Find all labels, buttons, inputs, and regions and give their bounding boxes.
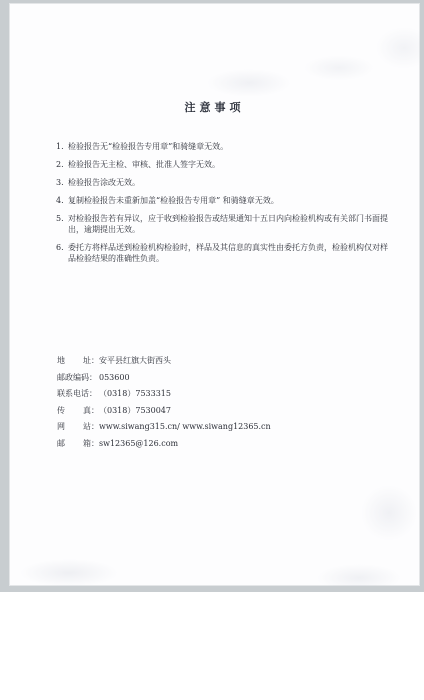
email-value: sw12365@126.com xyxy=(99,438,178,449)
note-number: 4. xyxy=(56,195,68,206)
website-value: www.siwang315.cn/ www.siwang12365.cn xyxy=(99,421,271,432)
note-item: 3. 检验报告涂改无效。 xyxy=(56,177,391,188)
label-char: 邮 xyxy=(57,438,65,449)
contact-postcode: 邮政编码： 053600 xyxy=(57,372,271,383)
paper-texture xyxy=(9,3,420,586)
address-value: 安平县红旗大街西头 xyxy=(99,355,171,366)
contact-website: 网 站： www.siwang315.cn/ www.siwang12365.c… xyxy=(57,421,271,432)
contact-label: 传 真： xyxy=(57,405,99,416)
contact-info: 地 址： 安平县红旗大街西头 邮政编码： 053600 联系电话： （0318）… xyxy=(57,355,271,454)
contact-label: 联系电话： xyxy=(57,388,99,399)
postcode-value: 053600 xyxy=(99,372,130,383)
note-text: 复制检验报告未重新加盖“检验报告专用章” 和骑缝章无效。 xyxy=(68,195,391,206)
contact-label: 地 址： xyxy=(57,355,99,366)
note-text: 对检验报告若有异议，应于收到检验报告或结果通知十五日内向检验机构或有关部门书面提… xyxy=(68,213,391,235)
note-number: 5. xyxy=(56,213,68,235)
fax-value: （0318）7530047 xyxy=(99,405,171,416)
scan-frame: 注意事项 1. 检验报告无“检验报告专用章”和骑缝章无效。 2. 检验报告无主检… xyxy=(0,0,424,592)
label-char: 箱： xyxy=(83,438,99,449)
label-char: 地 xyxy=(57,355,65,366)
note-item: 2. 检验报告无主检、审核、批准人签字无效。 xyxy=(56,159,391,170)
document-title: 注意事项 xyxy=(9,99,420,115)
label-char: 网 xyxy=(57,421,65,432)
note-text: 检验报告涂改无效。 xyxy=(68,177,391,188)
label-char: 真： xyxy=(83,405,99,416)
note-text: 检验报告无“检验报告专用章”和骑缝章无效。 xyxy=(68,141,391,152)
note-number: 6. xyxy=(56,242,68,264)
label-char: 址： xyxy=(83,355,99,366)
note-number: 3. xyxy=(56,177,68,188)
phone-value: （0318）7533315 xyxy=(99,388,171,399)
document-page: 注意事项 1. 检验报告无“检验报告专用章”和骑缝章无效。 2. 检验报告无主检… xyxy=(9,3,420,586)
note-number: 1. xyxy=(56,141,68,152)
note-item: 1. 检验报告无“检验报告专用章”和骑缝章无效。 xyxy=(56,141,391,152)
label-char: 站： xyxy=(83,421,99,432)
note-item: 5. 对检验报告若有异议，应于收到检验报告或结果通知十五日内向检验机构或有关部门… xyxy=(56,213,391,235)
contact-address: 地 址： 安平县红旗大街西头 xyxy=(57,355,271,366)
contact-email: 邮 箱： sw12365@126.com xyxy=(57,438,271,449)
note-text: 委托方将样品送到检验机构检验时，样品及其信息的真实性由委托方负责，检验机构仅对样… xyxy=(68,242,391,264)
contact-phone: 联系电话： （0318）7533315 xyxy=(57,388,271,399)
contact-fax: 传 真： （0318）7530047 xyxy=(57,405,271,416)
note-item: 6. 委托方将样品送到检验机构检验时，样品及其信息的真实性由委托方负责，检验机构… xyxy=(56,242,391,264)
contact-label: 邮 箱： xyxy=(57,438,99,449)
note-text: 检验报告无主检、审核、批准人签字无效。 xyxy=(68,159,391,170)
contact-label: 邮政编码： xyxy=(57,372,99,383)
contact-label: 网 站： xyxy=(57,421,99,432)
note-item: 4. 复制检验报告未重新加盖“检验报告专用章” 和骑缝章无效。 xyxy=(56,195,391,206)
note-number: 2. xyxy=(56,159,68,170)
label-char: 传 xyxy=(57,405,65,416)
notes-list: 1. 检验报告无“检验报告专用章”和骑缝章无效。 2. 检验报告无主检、审核、批… xyxy=(56,141,391,271)
